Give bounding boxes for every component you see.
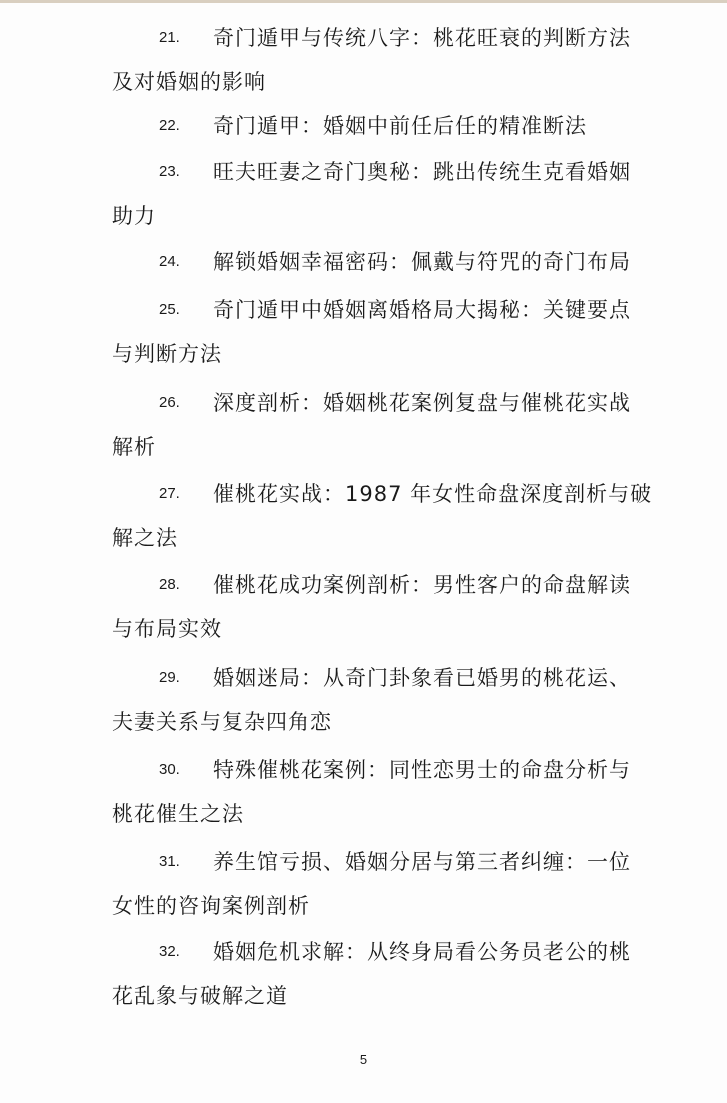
toc-entry-24[interactable]: 24. 解锁婚姻幸福密码：佩戴与符咒的奇门布局 (112, 240, 672, 284)
toc-entry-title-continued: 与判断方法 (112, 332, 672, 376)
toc-entry-number: 22. (159, 104, 180, 148)
top-edge-strip (0, 0, 727, 3)
toc-entry-title-line1: 28. 催桃花成功案例剖析：男性客户的命盘解读 (112, 563, 672, 607)
toc-entry-number: 25. (159, 288, 180, 332)
toc-entry-title-line1: 26. 深度剖析：婚姻桃花案例复盘与催桃花实战 (112, 381, 672, 425)
toc-entry-title: 催桃花成功案例剖析：男性客户的命盘解读 (213, 573, 631, 597)
toc-entry-title: 奇门遁甲与传统八字：桃花旺衰的判断方法 (213, 26, 631, 50)
toc-entry-title-continued: 解之法 (112, 516, 672, 560)
toc-entry-32[interactable]: 32. 婚姻危机求解：从终身局看公务员老公的桃 花乱象与破解之道 (112, 930, 672, 1018)
toc-entry-title-continued: 解析 (112, 425, 672, 469)
toc-entry-number: 26. (159, 381, 180, 425)
toc-entry-title-line1: 23. 旺夫旺妻之奇门奥秘：跳出传统生克看婚姻 (112, 150, 672, 194)
toc-entry-title: 解锁婚姻幸福密码：佩戴与符咒的奇门布局 (213, 250, 631, 274)
toc-entry-title-line1: 21. 奇门遁甲与传统八字：桃花旺衰的判断方法 (112, 16, 672, 60)
toc-entry-title-continued: 与布局实效 (112, 607, 672, 651)
toc-entry-25[interactable]: 25. 奇门遁甲中婚姻离婚格局大揭秘：关键要点 与判断方法 (112, 288, 672, 376)
toc-entry-title-continued: 桃花催生之法 (112, 792, 672, 836)
toc-entry-23[interactable]: 23. 旺夫旺妻之奇门奥秘：跳出传统生克看婚姻 助力 (112, 150, 672, 238)
toc-entry-title: 特殊催桃花案例：同性恋男士的命盘分析与 (213, 758, 631, 782)
page-number: 5 (0, 1052, 727, 1067)
toc-entry-title-line1: 24. 解锁婚姻幸福密码：佩戴与符咒的奇门布局 (112, 240, 672, 284)
toc-entry-22[interactable]: 22. 奇门遁甲：婚姻中前任后任的精准断法 (112, 104, 672, 148)
toc-entry-title-continued: 夫妻关系与复杂四角恋 (112, 700, 672, 744)
toc-entry-number: 28. (159, 563, 180, 607)
toc-entry-number: 31. (159, 840, 180, 884)
toc-entry-21[interactable]: 21. 奇门遁甲与传统八字：桃花旺衰的判断方法 及对婚姻的影响 (112, 16, 672, 104)
toc-entry-28[interactable]: 28. 催桃花成功案例剖析：男性客户的命盘解读 与布局实效 (112, 563, 672, 651)
toc-entry-26[interactable]: 26. 深度剖析：婚姻桃花案例复盘与催桃花实战 解析 (112, 381, 672, 469)
toc-entry-number: 30. (159, 748, 180, 792)
toc-entry-31[interactable]: 31. 养生馆亏损、婚姻分居与第三者纠缠：一位 女性的咨询案例剖析 (112, 840, 672, 928)
toc-entry-number: 32. (159, 930, 180, 974)
toc-entry-title-continued: 女性的咨询案例剖析 (112, 884, 672, 928)
toc-entry-number: 27. (159, 472, 180, 516)
toc-entry-title: 奇门遁甲中婚姻离婚格局大揭秘：关键要点 (213, 298, 631, 322)
toc-entry-number: 23. (159, 150, 180, 194)
toc-entry-title-continued: 及对婚姻的影响 (112, 60, 672, 104)
toc-entry-number: 24. (159, 240, 180, 284)
toc-entry-29[interactable]: 29. 婚姻迷局：从奇门卦象看已婚男的桃花运、 夫妻关系与复杂四角恋 (112, 656, 672, 744)
toc-entry-title-line1: 32. 婚姻危机求解：从终身局看公务员老公的桃 (112, 930, 672, 974)
toc-entry-title-line1: 30. 特殊催桃花案例：同性恋男士的命盘分析与 (112, 748, 672, 792)
toc-entry-27[interactable]: 27. 催桃花实战：1987 年女性命盘深度剖析与破 解之法 (112, 472, 672, 560)
toc-entry-title: 催桃花实战：1987 年女性命盘深度剖析与破 (213, 482, 652, 506)
toc-entry-title: 婚姻迷局：从奇门卦象看已婚男的桃花运、 (213, 666, 631, 690)
toc-entry-title: 深度剖析：婚姻桃花案例复盘与催桃花实战 (213, 391, 631, 415)
toc-entry-title-line1: 31. 养生馆亏损、婚姻分居与第三者纠缠：一位 (112, 840, 672, 884)
toc-entry-title: 婚姻危机求解：从终身局看公务员老公的桃 (213, 940, 631, 964)
toc-entry-title-line1: 27. 催桃花实战：1987 年女性命盘深度剖析与破 (112, 472, 672, 516)
toc-entry-title-line1: 29. 婚姻迷局：从奇门卦象看已婚男的桃花运、 (112, 656, 672, 700)
toc-entry-title-line1: 22. 奇门遁甲：婚姻中前任后任的精准断法 (112, 104, 672, 148)
toc-entry-title: 养生馆亏损、婚姻分居与第三者纠缠：一位 (213, 850, 631, 874)
toc-entry-title-continued: 花乱象与破解之道 (112, 974, 672, 1018)
toc-entry-title: 旺夫旺妻之奇门奥秘：跳出传统生克看婚姻 (213, 160, 631, 184)
toc-entry-title: 奇门遁甲：婚姻中前任后任的精准断法 (213, 114, 587, 138)
toc-entry-number: 21. (159, 16, 180, 60)
toc-entry-title-line1: 25. 奇门遁甲中婚姻离婚格局大揭秘：关键要点 (112, 288, 672, 332)
toc-entry-number: 29. (159, 656, 180, 700)
toc-entry-title-continued: 助力 (112, 194, 672, 238)
toc-entry-30[interactable]: 30. 特殊催桃花案例：同性恋男士的命盘分析与 桃花催生之法 (112, 748, 672, 836)
